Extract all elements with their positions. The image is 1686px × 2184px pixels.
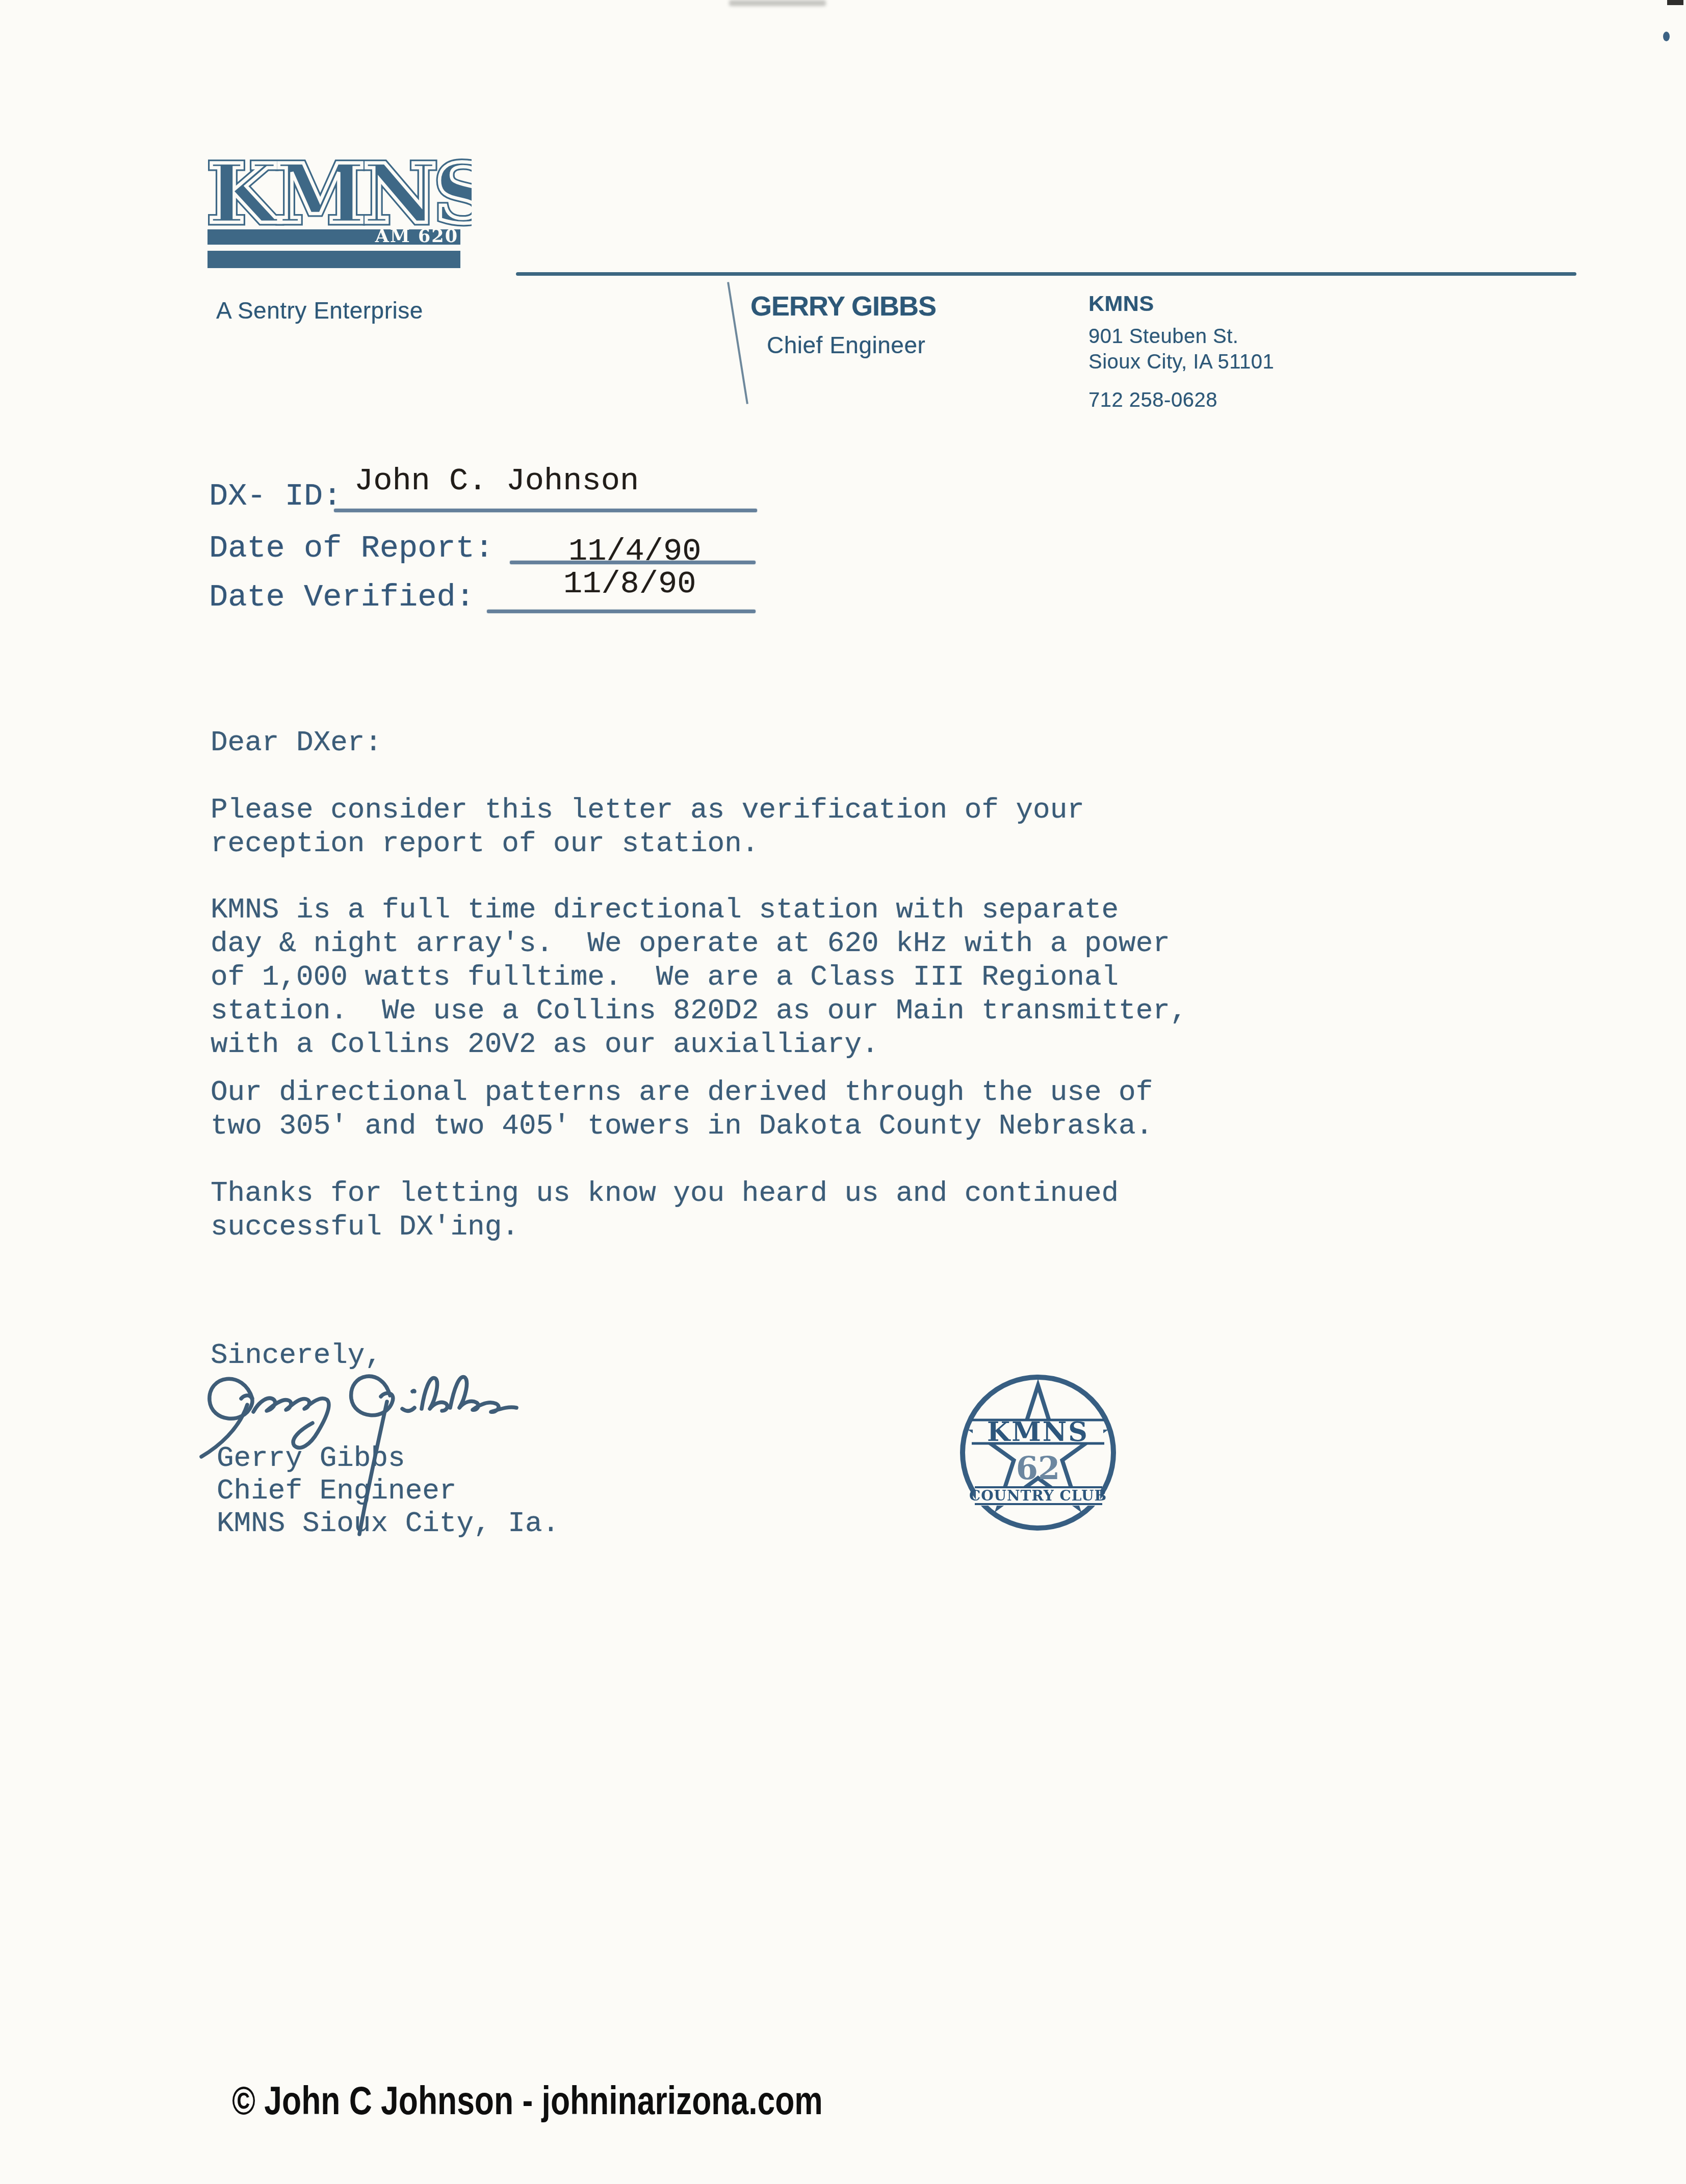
address-phone: 712 258-0628	[1088, 389, 1217, 412]
stamp-club-text: COUNTRY CLUB	[969, 1487, 1107, 1504]
address-street: 901 Steuben St.	[1088, 325, 1238, 348]
verified-date-value: 11/8/90	[563, 566, 696, 602]
signature-name-typed: Gerry Gibbs	[217, 1441, 405, 1475]
signature-station-typed: KMNS Sioux City, Ia.	[217, 1507, 559, 1540]
logo-band-label: AM 620	[375, 226, 458, 247]
scan-mark-top-right	[1667, 0, 1683, 5]
verified-date-label: Date Verified:	[209, 579, 475, 615]
verified-date-blank-line	[487, 610, 756, 613]
report-date-label: Date of Report:	[209, 530, 494, 566]
kmns-country-club-stamp: KMNS 62 COUNTRY CLUB	[952, 1370, 1126, 1538]
dx-id-blank-line	[334, 509, 757, 512]
stamp-number-text: 62	[1016, 1450, 1060, 1487]
address-city: Sioux City, IA 51101	[1088, 351, 1274, 374]
logo-bar-bottom	[207, 251, 460, 268]
contact-name: GERRY GIBBS	[750, 291, 936, 322]
kmns-logo: KMNS KMNS AM 620	[206, 152, 472, 274]
address-station: KMNS	[1088, 292, 1154, 317]
paragraph-2: KMNS is a full time directional station …	[211, 893, 1187, 1061]
footer-credit: © John C Johnson - johninarizona.com	[232, 2077, 823, 2124]
dx-id-value: John C. Johnson	[354, 463, 639, 499]
dx-id-label: DX- ID:	[209, 478, 342, 514]
scan-stray-stroke	[727, 282, 748, 404]
stamp-station-text: KMNS	[987, 1416, 1089, 1448]
scan-smudge-top	[729, 0, 826, 6]
scanned-letter-page: KMNS KMNS AM 620 A Sentry Enterprise GER…	[0, 0, 1686, 2184]
letterhead-tagline: A Sentry Enterprise	[216, 297, 423, 324]
salutation: Dear DXer:	[211, 726, 382, 759]
paragraph-1: Please consider this letter as verificat…	[211, 793, 1084, 860]
letterhead-rule	[516, 272, 1576, 276]
contact-title: Chief Engineer	[767, 331, 925, 359]
report-date-blank-line	[510, 561, 756, 564]
scan-dot-right	[1663, 32, 1670, 41]
paragraph-3: Our directional patterns are derived thr…	[211, 1075, 1153, 1143]
paragraph-4: Thanks for letting us know you heard us …	[211, 1176, 1119, 1244]
signature-title-typed: Chief Engineer	[217, 1474, 456, 1508]
